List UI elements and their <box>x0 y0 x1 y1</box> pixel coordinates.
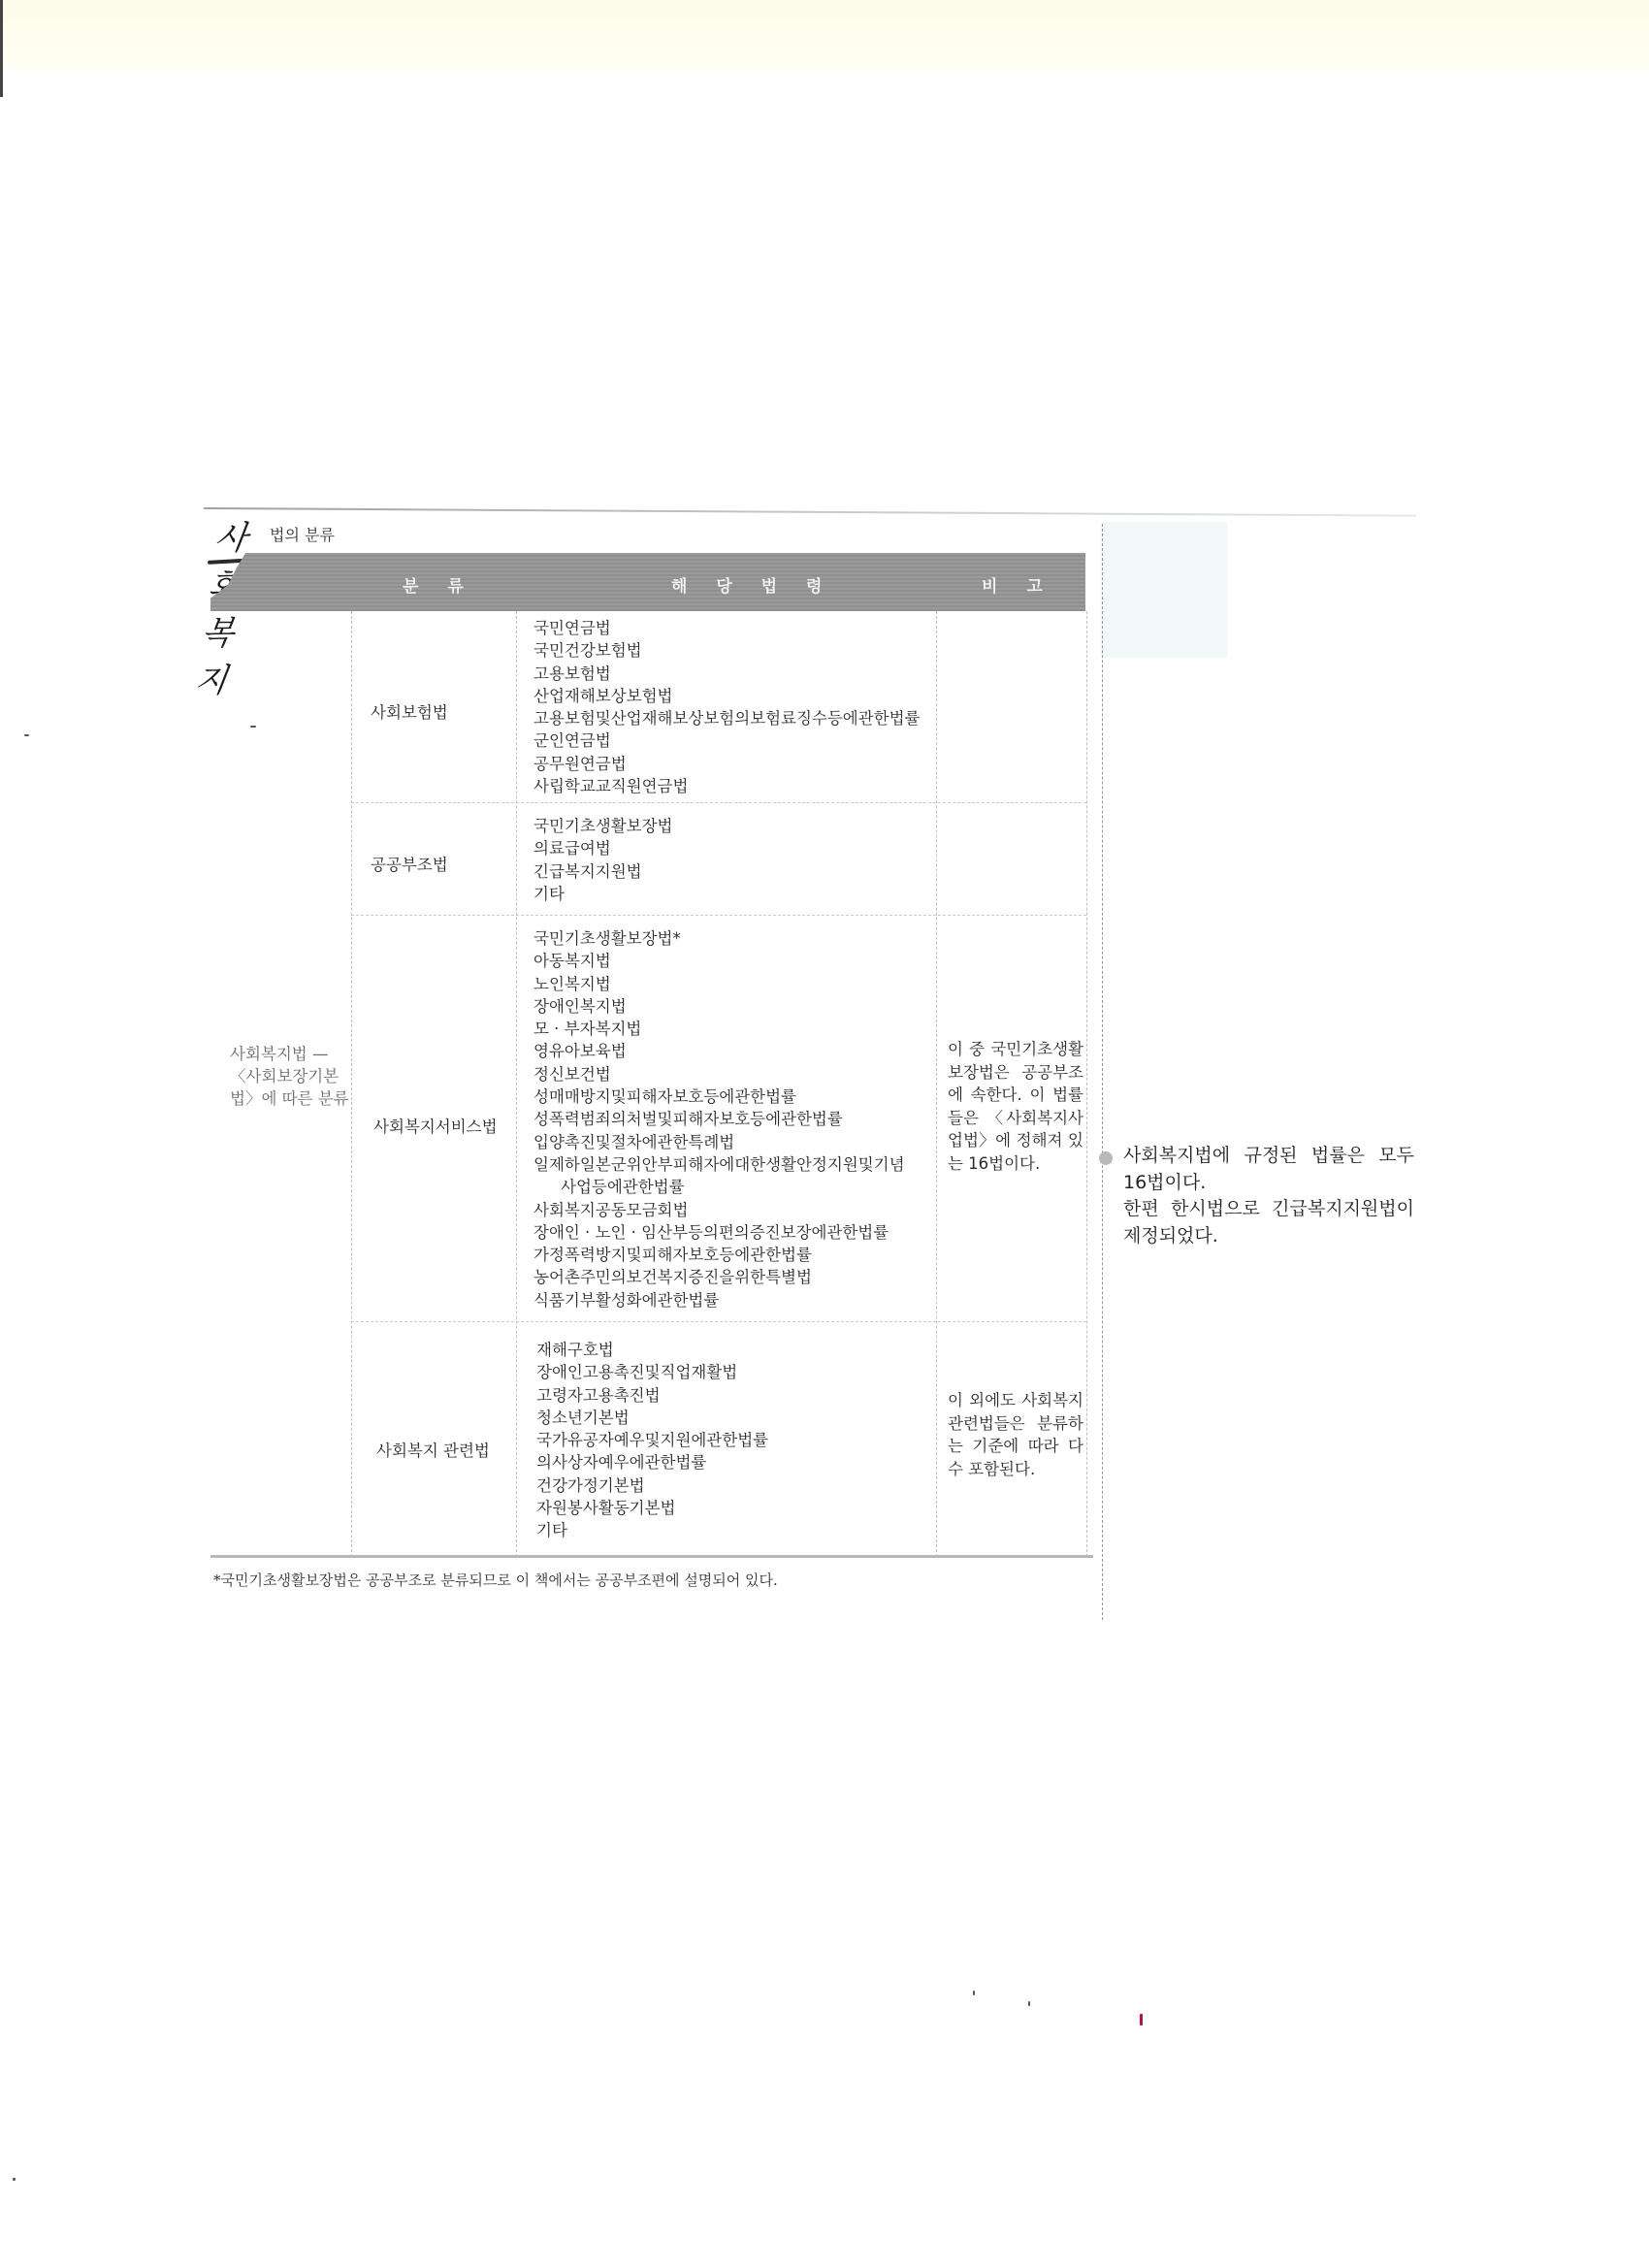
table-bottom-rule <box>210 1555 1093 1558</box>
scan-speck <box>973 1991 975 1995</box>
scan-speck <box>24 734 29 736</box>
law-item: 정신보건법 <box>533 1063 905 1085</box>
category-social-insurance: 사회보험법 <box>371 699 448 723</box>
law-item: 농어촌주민의보건복지증진을위한특별법 <box>533 1266 905 1288</box>
law-item: 사회복지공동모금회법 <box>533 1199 905 1221</box>
category-related-laws: 사회복지 관련법 <box>376 1438 490 1461</box>
law-item: 국민기초생활보장법* <box>533 927 905 950</box>
row-divider <box>351 1321 1086 1322</box>
scan-speck <box>1140 2014 1143 2025</box>
law-item: 사립학교교직원연금법 <box>533 775 920 797</box>
law-item: 성매매방지및피해자보호등에관한법률 <box>533 1085 905 1108</box>
note-related-laws: 이 외에도 사회복지 관련법들은 분류하는 기준에 따라 다수 포함된다. <box>948 1389 1083 1480</box>
law-item: 긴급복지지원법 <box>533 860 672 883</box>
column-divider <box>936 611 937 1557</box>
bullet-icon <box>1099 1151 1113 1165</box>
law-item: 모 · 부자복지법 <box>533 1018 905 1040</box>
column-divider <box>516 611 517 1557</box>
scan-top-band <box>0 0 1649 76</box>
scan-top-rule <box>204 507 1416 517</box>
law-item: 공무원연금법 <box>533 753 920 775</box>
header-category: 분 류 <box>403 572 475 597</box>
scan-left-edge <box>0 0 3 97</box>
law-item: 산업재해보상보험법 <box>533 685 920 707</box>
law-list-social-welfare-services: 국민기초생활보장법* 아동복지법 노인복지법 장애인복지법 모 · 부자복지법 … <box>533 927 905 1312</box>
law-item: 국민건강보험법 <box>533 639 920 662</box>
scan-tint-area <box>1101 522 1227 658</box>
scan-speck <box>250 726 256 728</box>
law-item: 일제하일본군위안부피해자에대한생활안정지원및기념 <box>533 1153 905 1176</box>
margin-divider <box>1102 524 1103 1620</box>
group-label: 사회복지법 —〈사회보장기본법〉에 따른 분류 <box>230 1043 356 1110</box>
law-item: 아동복지법 <box>533 950 905 972</box>
law-item: 장애인 · 노인 · 임산부등의편의증진보장에관한법률 <box>533 1221 905 1244</box>
law-item: 노인복지법 <box>533 973 905 995</box>
column-divider <box>1086 611 1087 1557</box>
law-item: 고령자고용촉진법 <box>536 1384 768 1407</box>
scan-speck <box>1028 2001 1030 2006</box>
law-item: 의사상자예우에관한법률 <box>536 1451 768 1474</box>
law-item: 자원봉사활동기본법 <box>536 1497 768 1519</box>
law-item: 국가유공자예우및지원에관한법률 <box>536 1429 768 1451</box>
margin-note: 사회복지법에 규정된 법률은 모두 16법이다. 한편 한시법으로 긴급복지지원… <box>1123 1143 1414 1249</box>
law-item: 청소년기본법 <box>536 1407 768 1429</box>
header-note: 비 고 <box>982 572 1054 597</box>
category-social-welfare-services: 사회복지서비스법 <box>373 1114 498 1137</box>
category-public-assistance: 공공부조법 <box>371 852 448 875</box>
law-list-social-insurance: 국민연금법 국민건강보험법 고용보험법 산업재해보상보험법 고용보험및산업재해보… <box>533 617 920 797</box>
row-divider <box>351 802 1086 803</box>
law-item: 장애인복지법 <box>533 995 905 1018</box>
law-item: 영유아보육법 <box>533 1040 905 1062</box>
title-printed: 법의 분류 <box>270 523 335 545</box>
scan-speck <box>13 2178 16 2181</box>
margin-note-line: 사회복지법에 규정된 법률은 모두 16법이다. <box>1123 1143 1414 1196</box>
law-item: 재해구호법 <box>536 1339 768 1361</box>
law-item: 식품기부활성화에관한법률 <box>533 1289 905 1312</box>
law-item: 가정폭력방지및피해자보호등에관한법률 <box>533 1244 905 1266</box>
law-item: 입양촉진및절차에관한특례법 <box>533 1131 905 1153</box>
footnote: *국민기초생활보장법은 공공부조로 분류되므로 이 책에서는 공공부조편에 설명… <box>213 1570 778 1590</box>
margin-note-line: 한편 한시법으로 긴급복지지원법이 제정되었다. <box>1123 1196 1414 1249</box>
table-header: 분 류 해 당 법 령 비 고 <box>210 553 1085 611</box>
law-item: 국민기초생활보장법 <box>533 815 672 837</box>
law-item: 의료급여법 <box>533 837 672 859</box>
law-item: 고용보험법 <box>533 663 920 685</box>
row-divider <box>351 915 1086 916</box>
law-list-related-laws: 재해구호법 장애인고용촉진및직업재활법 고령자고용촉진법 청소년기본법 국가유공… <box>536 1339 768 1542</box>
law-list-public-assistance: 국민기초생활보장법 의료급여법 긴급복지지원법 기타 <box>533 815 672 905</box>
law-item: 군인연금법 <box>533 729 920 752</box>
law-item: 기타 <box>533 883 672 905</box>
law-item: 기타 <box>536 1519 768 1541</box>
law-item: 국민연금법 <box>533 617 920 639</box>
law-item: 성폭력범죄의처벌및피해자보호등에관한법률 <box>533 1108 905 1130</box>
law-item: 건강가정기본법 <box>536 1474 768 1497</box>
header-laws: 해 당 법 령 <box>671 572 833 597</box>
law-item: 장애인고용촉진및직업재활법 <box>536 1361 768 1383</box>
law-item-continued: 사업등에관한법률 <box>533 1176 905 1198</box>
law-item: 고용보험및산업재해보상보험의보험료징수등에관한법률 <box>533 707 920 729</box>
note-social-welfare-services: 이 중 국민기초생활보장법은 공공부조에 속한다. 이 법률들은 〈사회복지사업… <box>948 1038 1083 1175</box>
